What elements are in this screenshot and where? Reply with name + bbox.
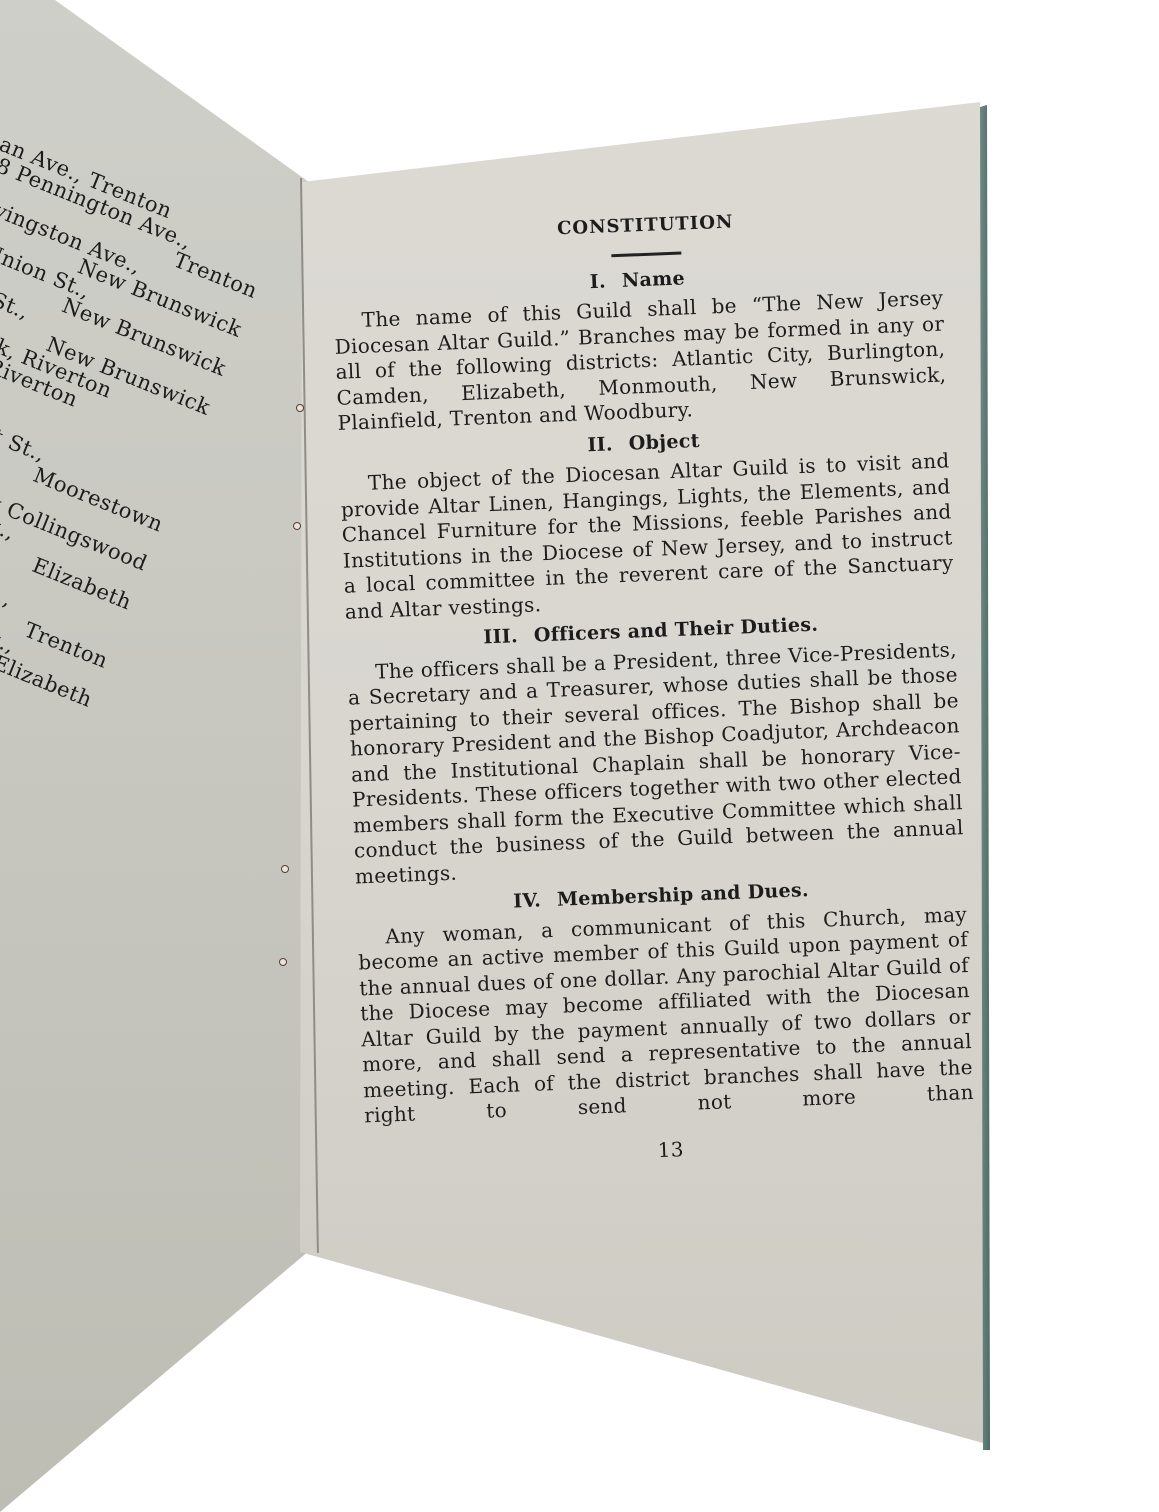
constitution-text: CONSTITUTION I.Name The name of this Gui… [330, 202, 976, 1175]
title-rule [611, 251, 681, 257]
left-page: ffman Ave., Trenton, 188 Pennington Ave.… [0, 0, 320, 1512]
section-body: Any woman, a communicant of this Church,… [357, 902, 974, 1129]
section-body: The object of the Diocesan Altar Guild i… [339, 448, 954, 624]
binding-stitch [296, 404, 304, 412]
binding-stitch [279, 958, 287, 966]
section-body: The officers shall be a President, three… [347, 637, 965, 890]
section-membership: IV.Membership and Dues. Any woman, a com… [356, 872, 975, 1129]
section-name: I.Name The name of this Guild shall be “… [332, 256, 948, 436]
section-body: The name of this Guild shall be “The New… [333, 286, 947, 437]
binding-stitch [293, 522, 301, 530]
binding-stitch [281, 865, 289, 873]
section-officers: III.Officers and Their Duties. The offic… [346, 607, 965, 889]
photo-scene: ffman Ave., Trenton, 188 Pennington Ave.… [0, 0, 1159, 1512]
section-object: II.Object The object of the Diocesan Alt… [338, 419, 955, 625]
address-directory: ffman Ave., Trenton, 188 Pennington Ave.… [0, 120, 276, 711]
